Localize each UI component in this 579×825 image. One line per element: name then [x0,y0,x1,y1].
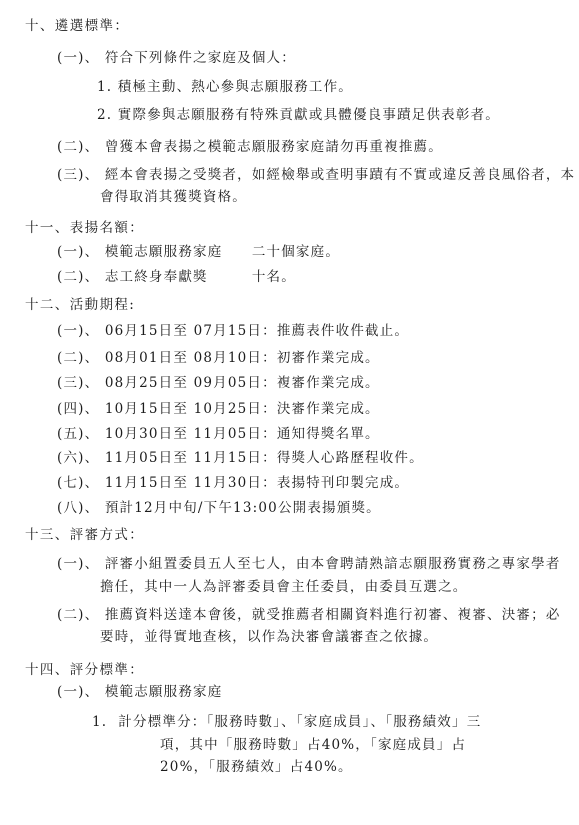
numbered-item: 1. 計分標準分：「服務時數」、「家庭成員」、「服務績效」三 [92,713,481,731]
document-page: 十、遴選標準： (一)、 符合下列條件之家庭及個人： 1. 積極主動、熱心參與志… [0,0,579,825]
section-heading-13: 十三、評審方式： [25,526,144,544]
list-item: (三)、 經本會表揚之受獎者，如經檢舉或查明事蹟有不實或違反善良風俗者，本 [57,166,575,184]
continuation-line: 擔任，其中一人為評審委員會主任委員，由委員互選之。 [100,578,468,596]
schedule-item: (八)、 預計12月中旬/下午13:00公開表揚頒獎。 [57,499,381,517]
continuation-line: 項，其中「服務時數」占40%，「家庭成員」占 [160,736,466,754]
schedule-item: (六)、 11月05日至 11月15日：得獎人心路歷程收件。 [57,449,424,467]
list-item: (二)、 曾獲本會表揚之模範志願服務家庭請勿再重複推薦。 [57,138,443,156]
continuation-line: 20%，「服務績效」占40%。 [160,758,353,776]
section-heading-10: 十、遴選標準： [25,17,129,35]
schedule-item: (三)、 08月25日至 09月05日：複審作業完成。 [57,374,380,392]
schedule-item: (七)、 11月15日至 11月30日：表揚特刊印製完成。 [57,474,409,492]
numbered-item: 1. 積極主動、熱心參與志願服務工作。 [97,78,353,96]
section-heading-14: 十四、評分標準： [25,661,144,679]
list-item: (二)、 志工終身奉獻獎 十名。 [57,268,296,286]
section-heading-12: 十二、活動期程: [25,296,135,314]
numbered-item: 2. 實際參與志願服務有特殊貢獻或具體優良事蹟足供表彰者。 [97,106,500,124]
continuation-line: 要時，並得實地查核，以作為決審會議審查之依據。 [100,628,438,646]
continuation-line: 會得取消其獲獎資格。 [100,188,247,206]
schedule-item: (五)、 10月30日至 11月05日：通知得獎名單。 [57,425,380,443]
list-item: (一)、 評審小組置委員五人至七人，由本會聘請熟諳志願服務實務之專家學者 [57,555,561,573]
schedule-item: (二)、 08月01日至 08月10日：初審作業完成。 [57,349,380,367]
list-item: (二)、 推薦資料送達本會後，就受推薦者相關資料進行初審、複審、決審；必 [57,606,561,624]
section-heading-11: 十一、表揚名額： [25,219,144,237]
list-item: (一)、 模範志願服務家庭 [57,683,222,701]
list-item: (一)、 模範志願服務家庭 二十個家庭。 [57,243,340,261]
list-item: (一)、 符合下列條件之家庭及個人： [57,49,296,67]
schedule-item: (一)、 06月15日至 07月15日：推薦表件收件截止。 [57,322,409,340]
schedule-item: (四)、 10月15日至 10月25日：決審作業完成。 [57,400,380,418]
